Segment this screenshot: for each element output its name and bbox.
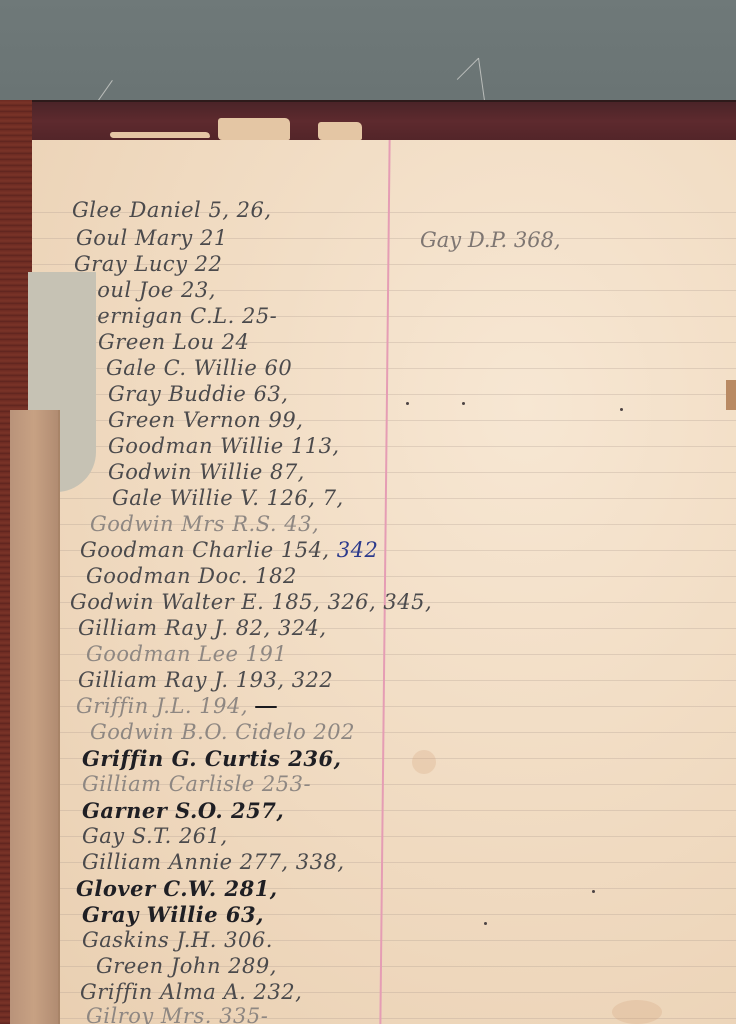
paper-stain xyxy=(612,1000,662,1024)
paper-speck xyxy=(462,402,465,405)
index-entry: Gilroy Mrs. 335- xyxy=(86,1004,268,1024)
index-entry: Gale C. Willie 60 xyxy=(106,356,292,380)
index-entry: Gale Willie V. 126, 7, xyxy=(112,486,344,510)
blue-ink-page-ref: 342 xyxy=(337,538,379,562)
index-entry: Goodman Charlie 154, 342 xyxy=(80,538,378,562)
index-entry: Green Lou 24 xyxy=(98,330,249,354)
index-entry: Glover C.W. 281, xyxy=(76,876,278,901)
cover-tear xyxy=(218,118,290,140)
index-entry: Griffin G. Curtis 236, xyxy=(82,746,341,771)
page-edge-chip xyxy=(726,380,736,410)
paper-speck xyxy=(484,922,487,925)
index-entry: Glee Daniel 5, 26, xyxy=(72,198,272,222)
index-entry: Godwin Mrs R.S. 43, xyxy=(90,512,319,536)
ledger-page: Glee Daniel 5, 26, Goul Mary 21 Gray Luc… xyxy=(32,140,736,1024)
index-entry: Griffin J.L. 194, — xyxy=(76,694,277,718)
paper-speck xyxy=(620,408,623,411)
index-entry: Gaskins J.H. 306. xyxy=(82,928,273,952)
index-entry-right-column: Gay D.P. 368, xyxy=(420,228,561,252)
binding-strip xyxy=(10,410,60,1024)
struck-out-mark: — xyxy=(255,694,277,718)
index-entry: Gay S.T. 261, xyxy=(82,824,228,848)
index-entry: Gray Willie 63, xyxy=(82,902,264,927)
index-entry: Griffin Alma A. 232, xyxy=(80,980,302,1004)
index-entry: Green John 289, xyxy=(96,954,277,978)
paper-speck xyxy=(592,890,595,893)
cover-tear xyxy=(110,132,210,138)
index-entry: Godwin B.O. Cidelo 202 xyxy=(90,720,355,744)
index-entry: Goodman Doc. 182 xyxy=(86,564,297,588)
index-entry: Godwin Walter E. 185, 326, 345, xyxy=(70,590,432,614)
index-entry: Goul Joe 23, xyxy=(80,278,216,302)
index-entry: Godwin Willie 87, xyxy=(108,460,305,484)
index-entry: Gernigan C.L. 25- xyxy=(80,304,277,328)
index-entry: Goul Mary 21 xyxy=(76,226,228,250)
index-entry: Gray Buddie 63, xyxy=(108,382,288,406)
index-entry: Gilliam Annie 277, 338, xyxy=(82,850,345,874)
index-entry: Garner S.O. 257, xyxy=(82,798,284,823)
cover-tear xyxy=(318,122,362,140)
index-entry: Goodman Lee 191 xyxy=(86,642,287,666)
index-entry: Gilliam Ray J. 82, 324, xyxy=(78,616,327,640)
index-entry: Gilliam Carlisle 253- xyxy=(82,772,311,796)
index-entry: Green Vernon 99, xyxy=(108,408,303,432)
index-entry: Gilliam Ray J. 193, 322 xyxy=(78,668,333,692)
index-entry: Goodman Willie 113, xyxy=(108,434,340,458)
index-entry: Gray Lucy 22 xyxy=(74,252,222,276)
